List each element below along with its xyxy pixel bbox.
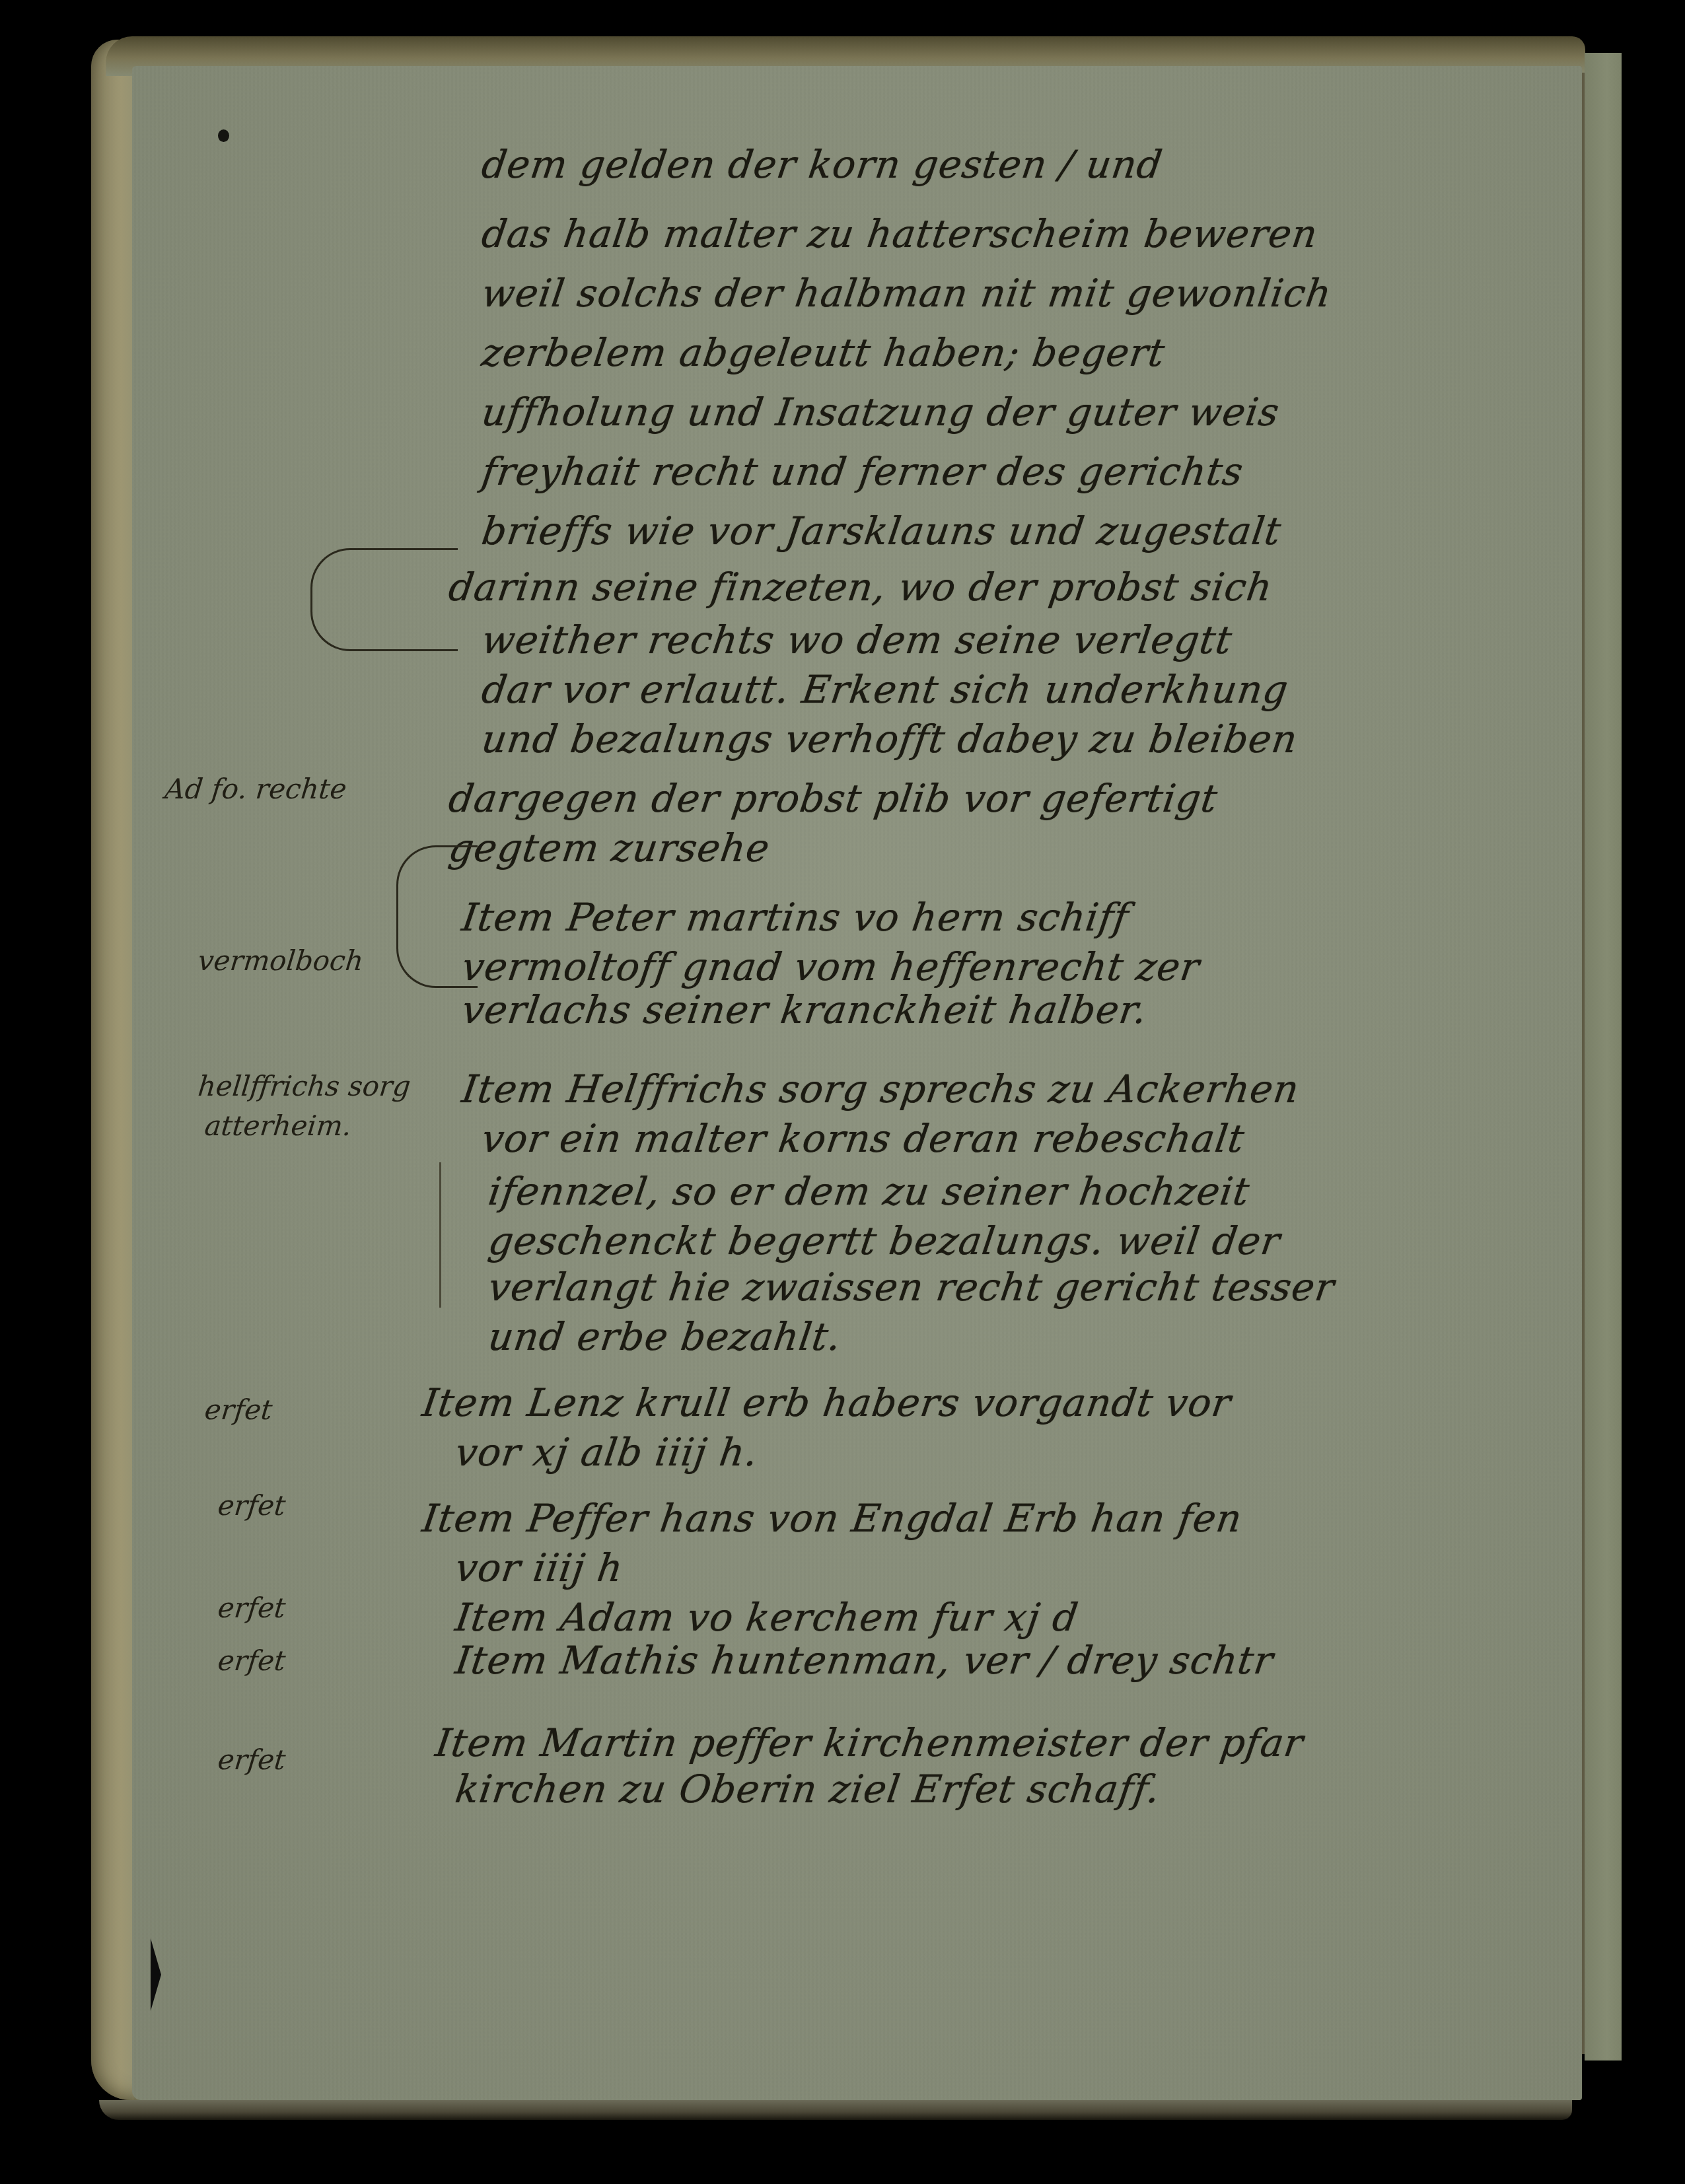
text-line: Item Lenz krull erb habers vorgandt vor: [419, 1380, 1234, 1425]
margin-note: atterheim.: [203, 1110, 353, 1142]
margin-note: erfet: [216, 1592, 287, 1624]
text-line: verlangt hie zwaissen recht gericht tess…: [485, 1265, 1338, 1310]
text-line: gegtem zursehe: [446, 826, 773, 870]
text-line: uffholung und Insatzung der guter weis: [479, 390, 1282, 435]
text-line: dar vor erlautt. Erkent sich underkhung: [479, 667, 1291, 712]
text-line: ifennzel, so er dem zu seiner hochzeit: [485, 1169, 1252, 1214]
text-line: dargegen der probst plib vor gefertigt: [446, 776, 1221, 821]
manuscript-text: dem gelden der korn gesten / und das hal…: [0, 0, 1685, 2184]
text-line: Item Adam vo kerchem fur xj d: [452, 1595, 1081, 1640]
text-line: weither rechts wo dem seine verlegtt: [479, 617, 1235, 662]
text-line: brieffs wie vor Jarsklauns und zugestalt: [479, 509, 1284, 553]
text-line: vor ein malter korns deran rebeschalt: [479, 1116, 1247, 1161]
margin-note: hellffrichs sorg: [196, 1070, 412, 1102]
text-line: weil solchs der halbman nit mit gewonlic…: [479, 271, 1334, 316]
flourish-loop: [310, 548, 458, 651]
text-line: kirchen zu Oberin ziel Erfet schaff.: [452, 1767, 1163, 1812]
margin-note: erfet: [216, 1489, 287, 1522]
text-line: verlachs seiner kranckheit halber.: [459, 987, 1150, 1032]
margin-note: vermolboch: [196, 944, 365, 977]
text-line: Item Helffrichs sorg sprechs zu Ackerhen: [459, 1067, 1302, 1111]
text-line: vor xj alb iiij h.: [452, 1430, 761, 1475]
margin-note: erfet: [216, 1644, 287, 1677]
text-line: Item Peter martins vo hern schiff: [459, 895, 1131, 940]
text-line: Item Peffer hans von Engdal Erb han fen: [419, 1496, 1245, 1541]
text-line: Item Martin peffer kirchenmeister der pf…: [433, 1720, 1307, 1765]
marginal-rule: [439, 1162, 441, 1308]
margin-note: Ad fo. rechte: [163, 773, 348, 805]
text-line: freyhait recht und ferner des gerichts: [479, 449, 1246, 494]
text-line: darinn seine finzeten, wo der probst sic…: [446, 565, 1275, 610]
text-line: vermoltoff gnad vom heffenrecht zer: [459, 944, 1203, 989]
text-line: dem gelden der korn gesten / und: [479, 142, 1165, 187]
margin-note: erfet: [203, 1393, 273, 1426]
margin-note: erfet: [216, 1744, 287, 1776]
text-line: zerbelem abgeleutt haben; begert: [479, 330, 1168, 375]
text-line: das halb malter zu hatterscheim beweren: [479, 211, 1320, 256]
flourish-loop: [396, 845, 478, 988]
text-line: vor iiij h: [452, 1545, 626, 1590]
text-line: geschenckt begertt bezalungs. weil der: [485, 1218, 1283, 1263]
text-line: und erbe bezahlt.: [485, 1314, 844, 1359]
text-line: und bezalungs verhofft dabey zu bleiben: [479, 717, 1301, 761]
text-line: Item Mathis huntenman, ver / drey schtr: [452, 1638, 1276, 1683]
